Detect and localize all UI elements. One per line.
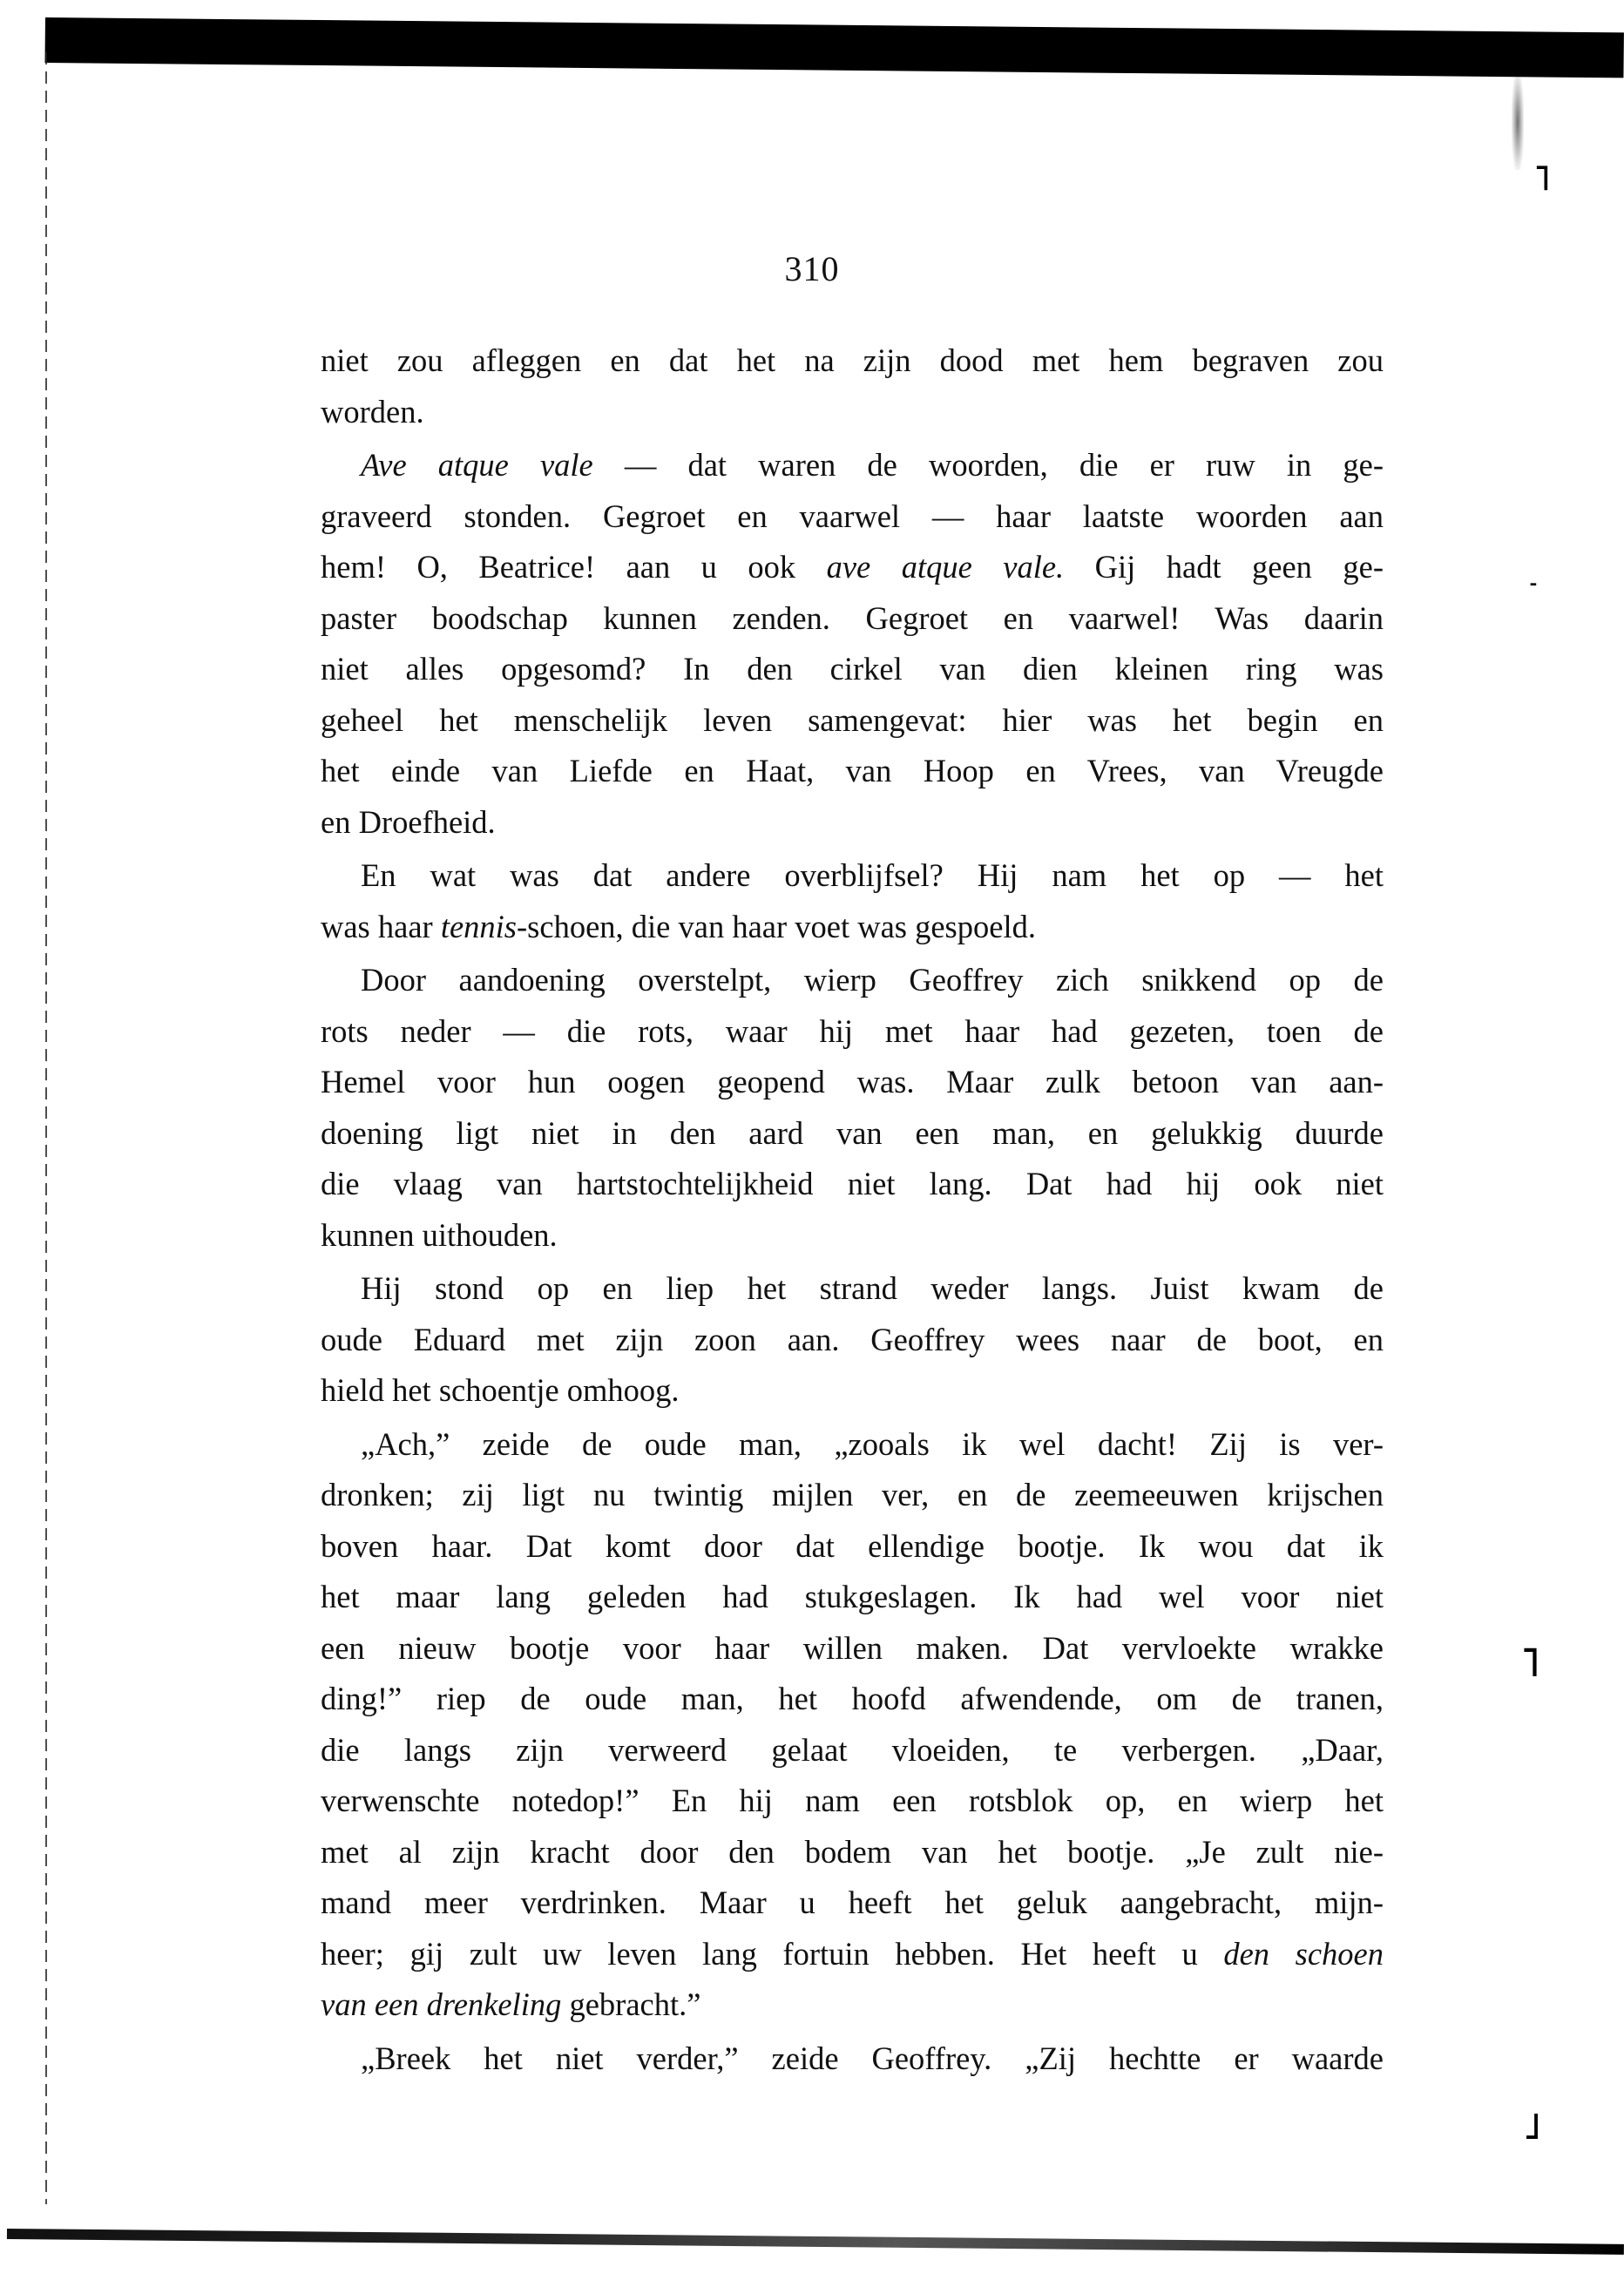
text-segment: en Droefheid. xyxy=(321,804,496,840)
text-line: „Ach,” zeide de oude man, „zooals ik wel… xyxy=(321,1419,1384,1471)
text-segment: En wat was dat andere overblijfsel? Hij … xyxy=(361,857,1384,893)
text-segment: Gij hadt geen ge- xyxy=(1064,549,1384,585)
text-segment: verwenschte notedop!” En hij nam een rot… xyxy=(321,1783,1384,1818)
paragraph: En wat was dat andere overblijfsel? Hij … xyxy=(321,850,1384,952)
text-line: heer; gij zult uw leven lang fortuin heb… xyxy=(321,1929,1384,1980)
text-line: mand meer verdrinken. Maar u heeft het g… xyxy=(321,1878,1384,1929)
text-segment: Hemel voor hun oogen geopend was. Maar z… xyxy=(321,1064,1384,1100)
text-line: hem! O, Beatrice! aan u ook ave atque va… xyxy=(321,542,1384,593)
text-segment: was haar xyxy=(321,909,441,944)
scan-top-edge xyxy=(45,17,1624,78)
scan-left-edge xyxy=(45,52,47,2204)
text-segment: graveerd stonden. Gegroet en vaarwel — h… xyxy=(321,498,1384,534)
text-segment: Door aandoening overstelpt, wierp Geoffr… xyxy=(361,962,1384,998)
text-line: van een drenkeling gebracht.” xyxy=(321,1979,1384,2031)
text-segment: hem! O, Beatrice! aan u ook xyxy=(321,549,827,585)
text-line: „Breek het niet verder,” zeide Geoffrey.… xyxy=(321,2033,1384,2085)
text-segment: „Ach,” zeide de oude man, „zooals ik wel… xyxy=(361,1426,1384,1462)
text-segment: het einde van Liefde en Haat, van Hoop e… xyxy=(321,753,1384,788)
text-segment: mand meer verdrinken. Maar u heeft het g… xyxy=(321,1884,1384,1920)
paragraph: Ave atque vale — dat waren de woorden, d… xyxy=(321,440,1384,848)
text-line: was haar tennis-schoen, die van haar voe… xyxy=(321,902,1384,953)
text-line: en Droefheid. xyxy=(321,797,1384,849)
text-line: verwenschte notedop!” En hij nam een rot… xyxy=(321,1776,1384,1827)
text-line: boven haar. Dat komt door dat ellendige … xyxy=(321,1521,1384,1573)
text-line: paster boodschap kunnen zenden. Gegroet … xyxy=(321,593,1384,645)
text-line: Hij stond op en liep het strand weder la… xyxy=(321,1263,1384,1315)
text-segment: dronken; zij ligt nu twintig mijlen ver,… xyxy=(321,1477,1384,1512)
paragraph: niet zou afleggen en dat het na zijn doo… xyxy=(321,335,1384,437)
text-line: Door aandoening overstelpt, wierp Geoffr… xyxy=(321,955,1384,1006)
text-line: niet alles opgesomd? In den cirkel van d… xyxy=(321,644,1384,695)
scan-smudge xyxy=(1512,74,1524,170)
text-line: die langs zijn verweerd gelaat vloeiden,… xyxy=(321,1725,1384,1776)
italic-text: ave atque vale. xyxy=(827,549,1065,585)
text-segment: oude Eduard met zijn zoon aan. Geoffrey … xyxy=(321,1322,1384,1357)
text-line: doening ligt niet in den aard van een ma… xyxy=(321,1108,1384,1160)
paragraph: „Breek het niet verder,” zeide Geoffrey.… xyxy=(321,2033,1384,2085)
text-line: hield het schoentje omhoog. xyxy=(321,1365,1384,1417)
italic-text: den schoen xyxy=(1223,1936,1384,1972)
italic-text: Ave atque vale xyxy=(361,447,593,483)
text-segment: niet alles opgesomd? In den cirkel van d… xyxy=(321,651,1384,687)
paragraph: Door aandoening overstelpt, wierp Geoffr… xyxy=(321,955,1384,1261)
text-segment: niet zou afleggen en dat het na zijn doo… xyxy=(321,342,1384,378)
text-line: het einde van Liefde en Haat, van Hoop e… xyxy=(321,746,1384,797)
body-text: niet zou afleggen en dat het na zijn doo… xyxy=(321,335,1384,2084)
text-segment: een nieuw bootje voor haar willen maken.… xyxy=(321,1630,1384,1666)
scan-bottom-edge xyxy=(7,2229,1624,2255)
text-line: die vlaag van hartstochtelijkheid niet l… xyxy=(321,1159,1384,1210)
text-segment: boven haar. Dat komt door dat ellendige … xyxy=(321,1528,1384,1564)
text-segment: doening ligt niet in den aard van een ma… xyxy=(321,1115,1384,1151)
text-segment: paster boodschap kunnen zenden. Gegroet … xyxy=(321,600,1384,636)
text-line: dronken; zij ligt nu twintig mijlen ver,… xyxy=(321,1470,1384,1521)
paragraph: Hij stond op en liep het strand weder la… xyxy=(321,1263,1384,1417)
text-line: worden. xyxy=(321,387,1384,438)
text-segment: — dat waren de woorden, die er ruw in ge… xyxy=(593,447,1384,483)
text-line: een nieuw bootje voor haar willen maken.… xyxy=(321,1623,1384,1675)
text-line: met al zijn kracht door den bodem van he… xyxy=(321,1827,1384,1878)
text-segment: „Breek het niet verder,” zeide Geoffrey.… xyxy=(361,2040,1384,2076)
text-segment: hield het schoentje omhoog. xyxy=(321,1372,680,1408)
text-line: Hemel voor hun oogen geopend was. Maar z… xyxy=(321,1057,1384,1108)
text-segment: kunnen uithouden. xyxy=(321,1217,558,1253)
italic-text: van een drenkeling xyxy=(321,1986,561,2022)
text-line: graveerd stonden. Gegroet en vaarwel — h… xyxy=(321,491,1384,543)
text-segment: met al zijn kracht door den bodem van he… xyxy=(321,1834,1384,1870)
text-segment: -schoen, die van haar voet was gespoeld. xyxy=(517,909,1036,944)
text-segment: die vlaag van hartstochtelijkheid niet l… xyxy=(321,1166,1384,1201)
text-segment: rots neder — die rots, waar hij met haar… xyxy=(321,1013,1384,1049)
margin-mark-icon: ˗ xyxy=(1529,571,1538,597)
text-line: ding!” riep de oude man, het hoofd afwen… xyxy=(321,1674,1384,1725)
text-segment: worden. xyxy=(321,394,424,430)
text-line: kunnen uithouden. xyxy=(321,1210,1384,1262)
text-segment: heer; gij zult uw leven lang fortuin heb… xyxy=(321,1936,1223,1972)
margin-mark-icon: ˩ xyxy=(1523,2108,1541,2145)
text-line: rots neder — die rots, waar hij met haar… xyxy=(321,1006,1384,1058)
margin-mark-icon: ˥ xyxy=(1520,1642,1540,1682)
text-segment: het maar lang geleden had stukgeslagen. … xyxy=(321,1579,1384,1614)
text-line: geheel het menschelijk leven samengevat:… xyxy=(321,695,1384,747)
text-segment: gebracht.” xyxy=(561,1986,700,2022)
text-line: niet zou afleggen en dat het na zijn doo… xyxy=(321,335,1384,387)
text-segment: geheel het menschelijk leven samengevat:… xyxy=(321,702,1384,738)
italic-text: tennis xyxy=(441,909,517,944)
text-segment: die langs zijn verweerd gelaat vloeiden,… xyxy=(321,1732,1384,1768)
text-segment: ding!” riep de oude man, het hoofd afwen… xyxy=(321,1681,1384,1716)
text-line: En wat was dat andere overblijfsel? Hij … xyxy=(321,850,1384,902)
text-line: het maar lang geleden had stukgeslagen. … xyxy=(321,1572,1384,1623)
text-line: oude Eduard met zijn zoon aan. Geoffrey … xyxy=(321,1315,1384,1366)
text-line: Ave atque vale — dat waren de woorden, d… xyxy=(321,440,1384,491)
paragraph: „Ach,” zeide de oude man, „zooals ik wel… xyxy=(321,1419,1384,2031)
text-segment: Hij stond op en liep het strand weder la… xyxy=(361,1270,1384,1306)
page-number: 310 xyxy=(0,248,1624,289)
margin-mark-icon: ˥ xyxy=(1533,161,1551,196)
